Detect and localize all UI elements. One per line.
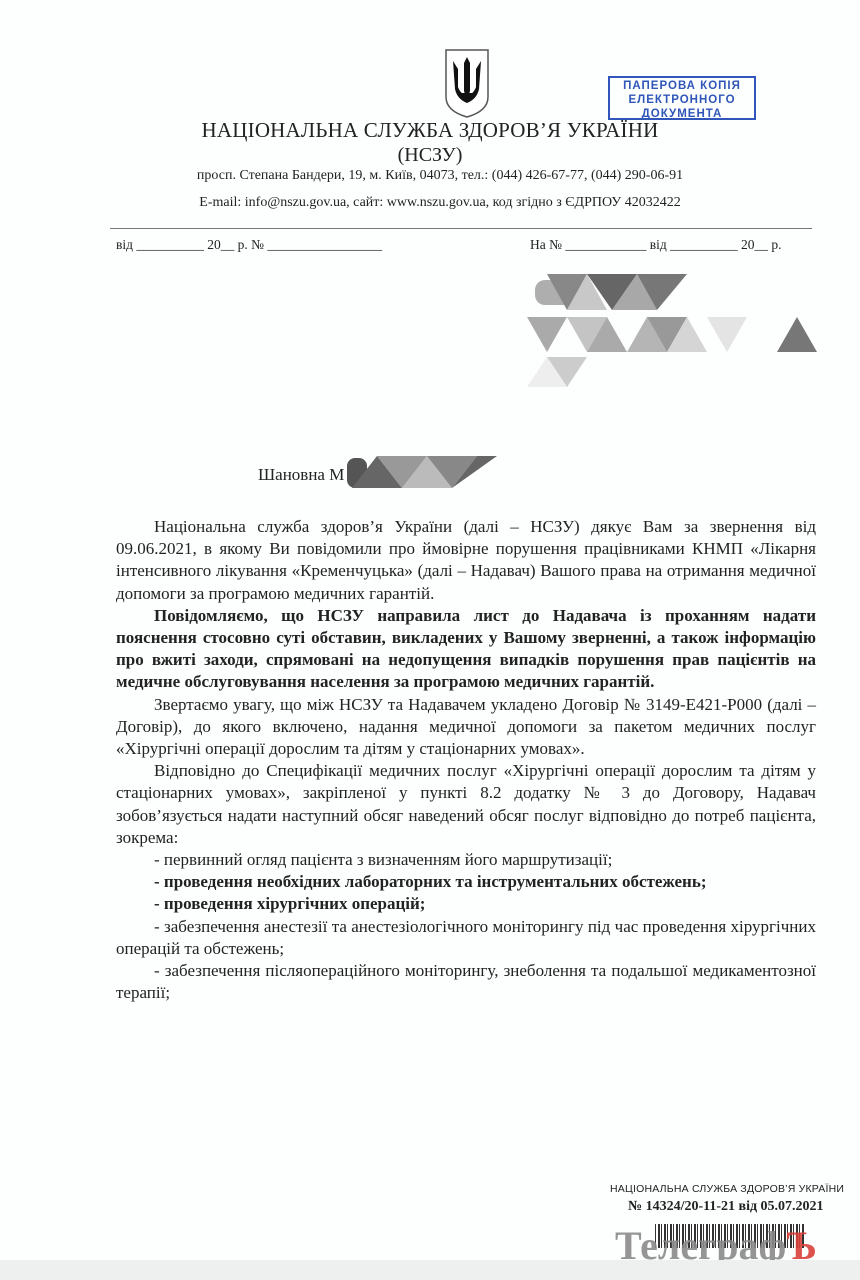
list-item: - проведення хірургічних операцій; — [116, 893, 816, 915]
redacted-recipient — [527, 272, 827, 392]
document-number: № 14324/20-11-21 від 05.07.2021 — [628, 1199, 824, 1215]
footer-org: НАЦІОНАЛЬНА СЛУЖБА ЗДОРОВ’Я УКРАЇНИ — [610, 1183, 844, 1195]
letter-body: Національна служба здоров’я України (дал… — [116, 516, 816, 1004]
list-item: - забезпечення післяопераційного монітор… — [116, 960, 816, 1004]
services-list: - первинний огляд пацієнта з визначенням… — [116, 849, 816, 1004]
list-item: - проведення необхідних лабораторних та … — [116, 871, 816, 893]
list-item: - первинний огляд пацієнта з визначенням… — [116, 849, 816, 871]
org-address: просп. Степана Бандери, 19, м. Київ, 040… — [0, 168, 860, 184]
stamp-line-1: ПАПЕРОВА КОПІЯ — [610, 79, 754, 93]
org-abbreviation: (НСЗУ) — [0, 144, 860, 167]
page-bottom-edge — [0, 1260, 860, 1280]
paragraph-contract: Звертаємо увагу, що між НСЗУ та Надаваче… — [116, 694, 816, 761]
paragraph-thanks: Національна служба здоров’я України (дал… — [116, 516, 816, 605]
incoming-reference: На № ____________ від __________ 20__ р. — [530, 237, 782, 253]
redacted-name — [347, 454, 497, 492]
salutation: Шановна М — [258, 460, 497, 492]
salutation-text: Шановна М — [258, 465, 344, 484]
list-item: - забезпечення анестезії та анестезіолог… — [116, 916, 816, 960]
paragraph-notice: Повідомляємо, що НСЗУ направила лист до … — [116, 605, 816, 694]
paragraph-specification: Відповідно до Специфікації медичних посл… — [116, 760, 816, 849]
stamp-line-2: ЕЛЕКТРОННОГО — [610, 93, 754, 107]
coat-of-arms-icon — [443, 47, 491, 119]
header-divider — [110, 228, 812, 229]
paper-copy-stamp: ПАПЕРОВА КОПІЯ ЕЛЕКТРОННОГО ДОКУМЕНТА — [608, 76, 756, 120]
outgoing-reference: від __________ 20__ р. № _______________… — [116, 237, 382, 253]
org-title: НАЦІОНАЛЬНА СЛУЖБА ЗДОРОВ’Я УКРАЇНИ — [0, 118, 860, 143]
org-contacts: E-mail: info@nszu.gov.ua, сайт: www.nszu… — [0, 195, 860, 211]
